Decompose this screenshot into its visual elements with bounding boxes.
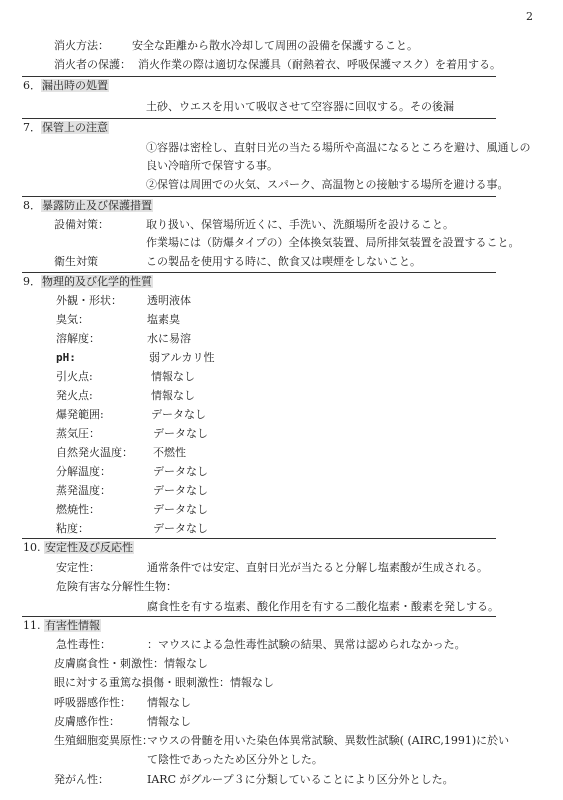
prop-label: 自然発火温度：	[56, 446, 133, 460]
skin-sensitization-label: 皮膚感作性：	[54, 715, 120, 729]
prop-value: データなし	[151, 408, 206, 422]
extinguish-method-value: 安全な距離から散水冷却して周囲の設備を保護すること。	[132, 39, 418, 53]
spill-text: 土砂、ウエスを用いて吸収させて空容器に回収する。その後漏	[146, 100, 454, 114]
germ-cell-mutagenicity-line-1: マウスの骨髄を用いた染色体異常試験、異数性試験( (AIRC,1991)に於い	[147, 734, 509, 748]
acute-toxicity-value: ：マウスによる急性毒性試験の結果、異常は認められなかった。	[147, 638, 466, 652]
decomposition-value: 腐食性を有する塩素、酸化作用を有する二酸化塩素・酸素を発しする。	[147, 600, 499, 614]
section-10-heading: 10. 安定性及び反応性	[23, 541, 134, 555]
germ-cell-mutagenicity-line-2: て陰性であったため区分外とした。	[147, 753, 323, 767]
prop-value: データなし	[153, 465, 208, 479]
skin-sensitization-value: 情報なし	[147, 715, 191, 729]
divider	[22, 272, 496, 273]
extinguish-method-label: 消火方法：	[54, 39, 109, 53]
respiratory-sensitization-label: 呼吸器感作性：	[54, 696, 131, 710]
divider	[22, 616, 496, 617]
section-8-heading: 8．暴露防止及び保護措置	[23, 199, 153, 213]
firefighter-protection-label: 消火者の保護：	[54, 58, 131, 72]
prop-label: pH:	[56, 351, 76, 365]
divider	[22, 538, 496, 539]
section-11-heading: 11. 有害性情報	[23, 619, 101, 633]
prop-label: 発火点:	[56, 389, 93, 403]
respiratory-sensitization-value: 情報なし	[147, 696, 191, 710]
prop-value: データなし	[153, 427, 208, 441]
stability-label: 安定性：	[56, 561, 100, 575]
prop-label: 燃焼性：	[56, 503, 100, 517]
section-6-heading: 6．漏出時の処置	[23, 79, 109, 93]
divider	[22, 76, 496, 77]
decomposition-label: 危険有害な分解性生物：	[56, 580, 177, 594]
prop-label: 分解温度：	[56, 465, 111, 479]
prop-value: 情報なし	[151, 389, 195, 403]
storage-line-3: ②保管は周囲での火気、スパーク、高温物との接触する場所を避ける事。	[146, 178, 509, 192]
carcinogenicity-value: IARC がグループ３に分類していることにより区分外とした。	[147, 773, 454, 787]
storage-line-2: 良い冷暗所で保管する事。	[146, 159, 278, 173]
section-7-heading: 7．保管上の注意	[23, 121, 109, 135]
equipment-line-1: 取り扱い、保管場所近くに、手洗い、洗顔場所を設けること。	[146, 218, 454, 232]
prop-value: 情報なし	[151, 370, 195, 384]
prop-label: 臭気：	[56, 313, 89, 327]
section-9-heading: 9．物理的及び化学的性質	[23, 275, 153, 289]
germ-cell-mutagenicity-label: 生殖細胞変異原性：	[54, 734, 153, 748]
prop-value: 透明液体	[147, 294, 191, 308]
prop-label: 粘度：	[56, 522, 89, 536]
acute-toxicity-label: 急性毒性：	[56, 638, 111, 652]
firefighter-protection-value: 消火作業の際は適切な保護具（耐熱着衣、呼吸保護マスク）を着用する。	[138, 58, 501, 72]
prop-label: 溶解度：	[56, 332, 100, 346]
prop-value: 不燃性	[153, 446, 186, 460]
prop-label: 蒸発温度：	[56, 484, 111, 498]
eye-damage: 眼に対する重篤な損傷・眼刺激性：情報なし	[54, 676, 274, 690]
prop-value: データなし	[153, 484, 208, 498]
prop-value: データなし	[153, 503, 208, 517]
divider	[22, 196, 496, 197]
equipment-line-2: 作業場には（防爆タイプの）全体換気装置、局所排気装置を設置すること。	[146, 236, 519, 250]
hygiene-label: 衛生対策	[54, 255, 98, 269]
divider	[22, 118, 496, 119]
skin-irritation: 皮膚腐食性・刺激性：情報なし	[54, 657, 208, 671]
prop-value: 水に易溶	[147, 332, 191, 346]
prop-label: 爆発範囲:	[56, 408, 104, 422]
prop-value: データなし	[153, 522, 208, 536]
hygiene-value: この製品を使用する時に、飲食又は喫煙をしないこと。	[146, 255, 421, 269]
prop-value: 塩素臭	[147, 313, 180, 327]
prop-label: 外観・形状：	[56, 294, 122, 308]
prop-label: 蒸気圧：	[56, 427, 100, 441]
prop-label: 引火点:	[56, 370, 93, 384]
carcinogenicity-label: 発がん性：	[54, 773, 109, 787]
equipment-label: 設備対策：	[54, 218, 109, 232]
prop-value: 弱アルカリ性	[149, 351, 215, 365]
storage-line-1: ①容器は密栓し、直射日光の当たる場所や高温になるところを避け、風通しの	[146, 141, 531, 155]
stability-value: 通常条件では安定、直射日光が当たると分解し塩素酸が生成される。	[147, 561, 488, 575]
page-number: 2	[526, 10, 533, 23]
